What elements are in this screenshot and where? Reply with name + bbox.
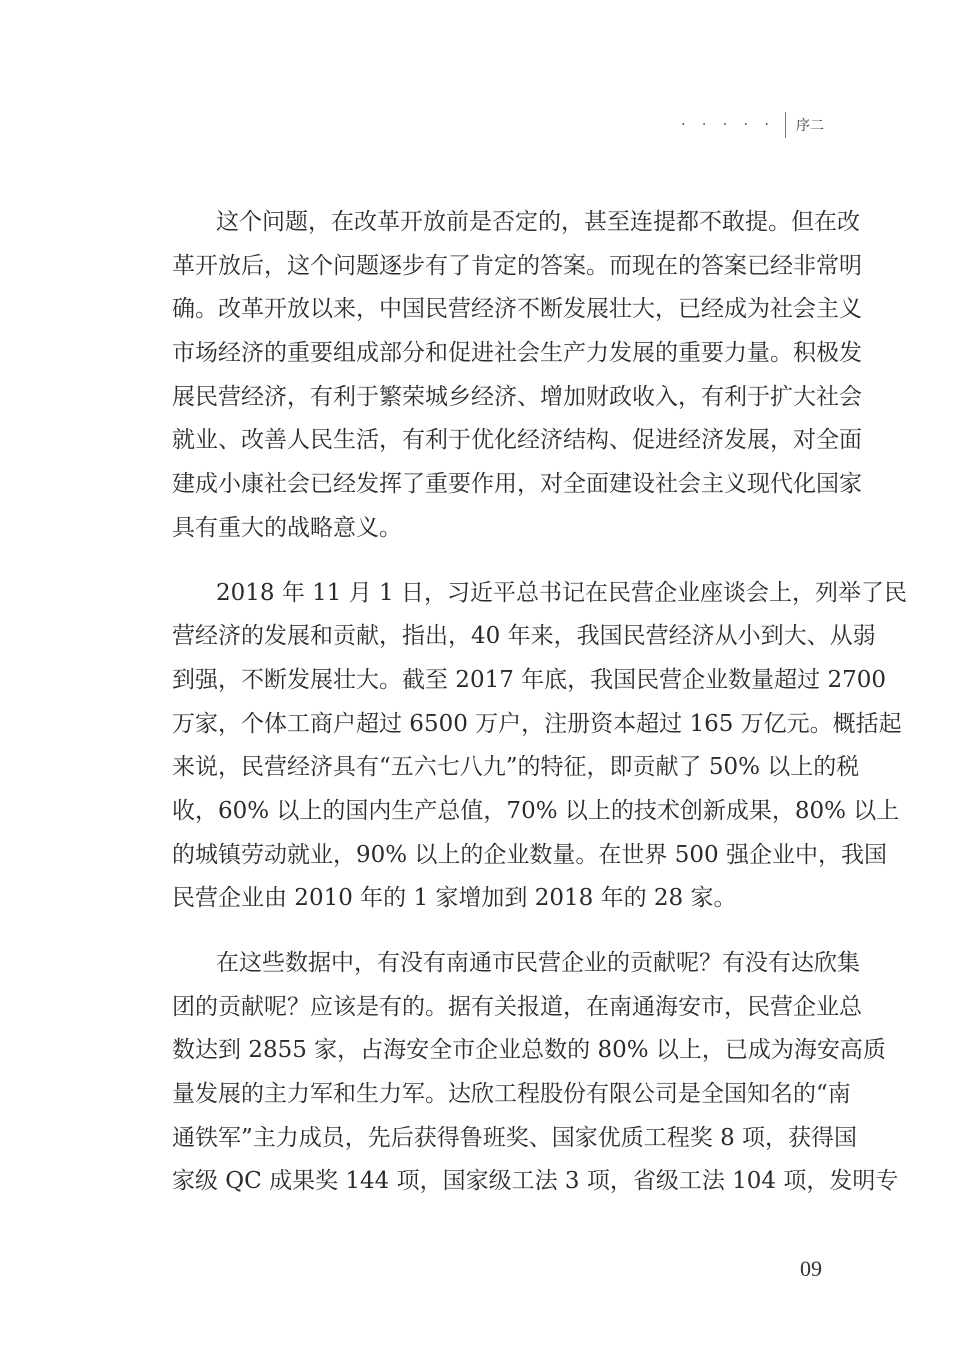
text-line: 民营企业由 2010 年的 1 家增加到 2018 年的 28 家。 (172, 877, 824, 921)
text-line: 家级 QC 成果奖 144 项，国家级工法 3 项，省级工法 104 项，发明专 (172, 1160, 824, 1204)
body-text: 这个问题，在改革开放前是否定的，甚至连提都不敢提。但在改 革开放后，这个问题逐步… (172, 201, 824, 1225)
text-line: 展民营经济，有利于繁荣城乡经济、增加财政收入，有利于扩大社会 (172, 376, 824, 420)
text-line: 团的贡献呢？应该是有的。据有关报道，在南通海安市，民营企业总 (172, 986, 824, 1030)
text-line: 市场经济的重要组成部分和促进社会生产力发展的重要力量。积极发 (172, 332, 824, 376)
text-line: 来说，民营经济具有“五六七八九”的特征，即贡献了 50% 以上的税 (172, 746, 824, 790)
text-line: 建成小康社会已经发挥了重要作用，对全面建设社会主义现代化国家 (172, 463, 824, 507)
text-line: 具有重大的战略意义。 (172, 507, 824, 551)
text-line: 这个问题，在改革开放前是否定的，甚至连提都不敢提。但在改 (172, 201, 824, 245)
text-line: 营经济的发展和贡献，指出，40 年来，我国民营经济从小到大、从弱 (172, 615, 824, 659)
text-line: 数达到 2855 家，占海安全市企业总数的 80% 以上，已成为海安高质 (172, 1029, 824, 1073)
paragraph-1: 这个问题，在改革开放前是否定的，甚至连提都不敢提。但在改 革开放后，这个问题逐步… (172, 201, 824, 551)
text-line: 量发展的主力军和生力军。达欣工程股份有限公司是全国知名的“南 (172, 1073, 824, 1117)
paragraph-2: 2018 年 11 月 1 日，习近平总书记在民营企业座谈会上，列举了民 营经济… (172, 572, 824, 922)
running-head-section-title: 序二 (796, 115, 824, 135)
text-line: 就业、改善人民生活，有利于优化经济结构、促进经济发展，对全面 (172, 419, 824, 463)
paragraph-3: 在这些数据中，有没有南通市民营企业的贡献呢？有没有达欣集 团的贡献呢？应该是有的… (172, 942, 824, 1204)
text-line: 收，60% 以上的国内生产总值，70% 以上的技术创新成果，80% 以上 (172, 790, 824, 834)
text-line: 通铁军”主力成员，先后获得鲁班奖、国家优质工程奖 8 项，获得国 (172, 1117, 824, 1161)
text-line: 革开放后，这个问题逐步有了肯定的答案。而现在的答案已经非常明 (172, 245, 824, 289)
page-number: 09 (800, 1256, 822, 1282)
text-line: 确。改革开放以来，中国民营经济不断发展壮大，已经成为社会主义 (172, 288, 824, 332)
text-line: 到强，不断发展壮大。截至 2017 年底，我国民营企业数量超过 2700 (172, 659, 824, 703)
text-line: 万家，个体工商户超过 6500 万户，注册资本超过 165 万亿元。概括起 (172, 703, 824, 747)
running-head: · · · · · 序二 (681, 112, 824, 138)
running-head-divider (785, 112, 786, 138)
running-head-dots: · · · · · (681, 117, 775, 133)
text-line: 在这些数据中，有没有南通市民营企业的贡献呢？有没有达欣集 (172, 942, 824, 986)
text-line: 的城镇劳动就业，90% 以上的企业数量。在世界 500 强企业中，我国 (172, 834, 824, 878)
text-line: 2018 年 11 月 1 日，习近平总书记在民营企业座谈会上，列举了民 (172, 572, 824, 616)
